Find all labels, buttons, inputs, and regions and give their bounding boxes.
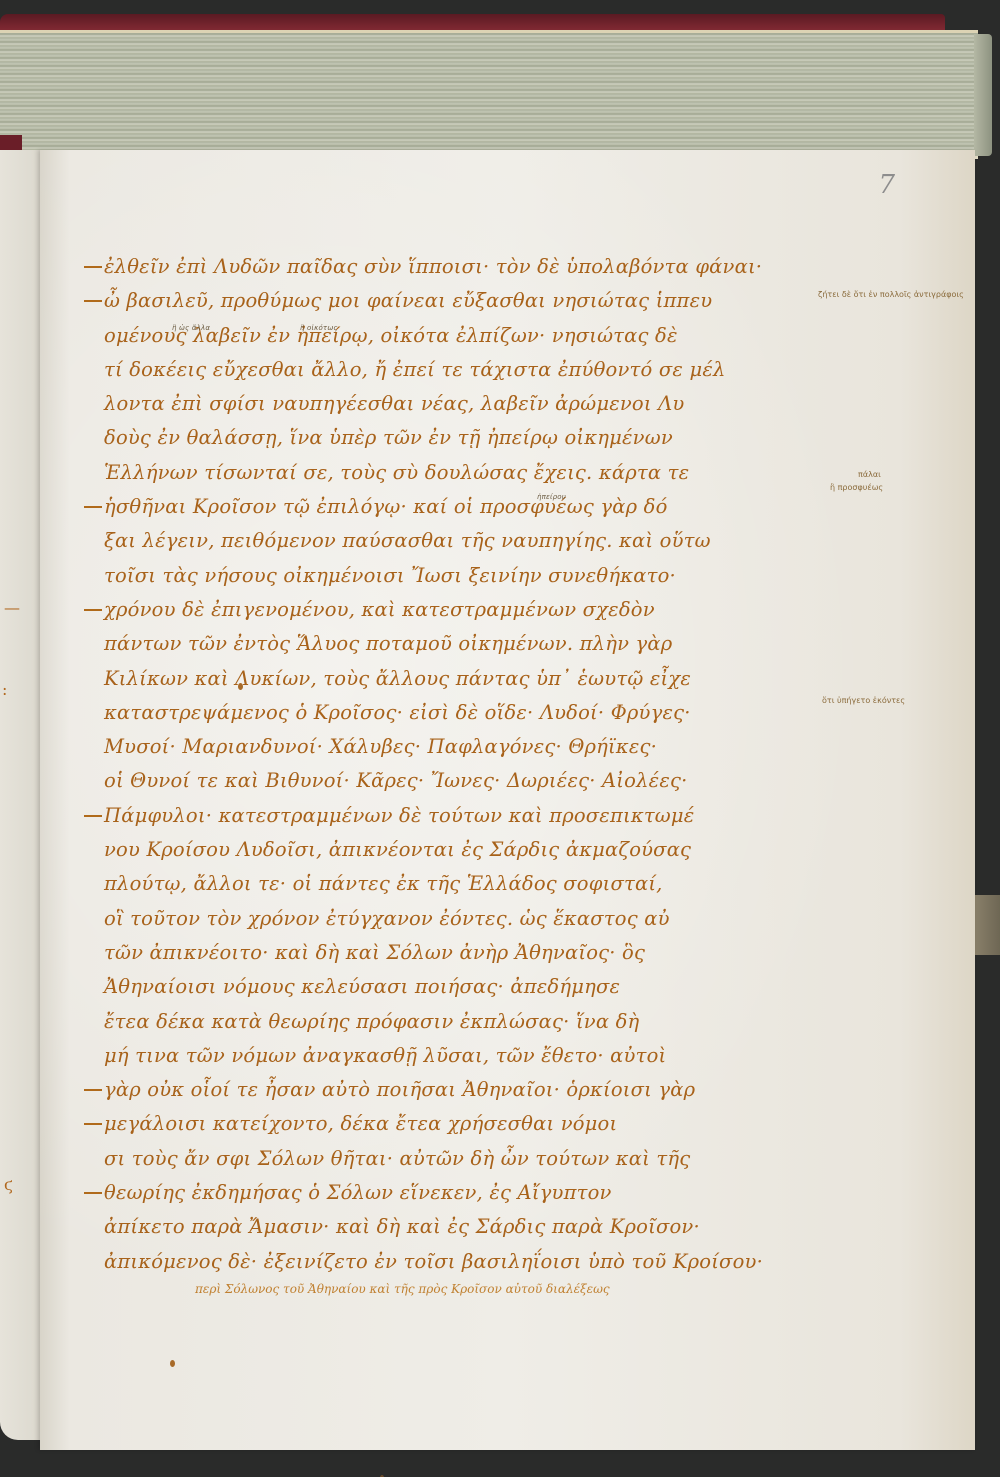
text-line: ὦ βασιλεῦ, προθύμως μοι φαίνεαι εὔξασθαι… bbox=[104, 284, 824, 318]
line-text: ἔτεα δέκα κατὰ θεωρίης πρόφασιν ἐκπλώσας… bbox=[104, 1010, 639, 1033]
line-text: οἱ Θυνοί τε καὶ Βιθυνοί· Κᾶρες· Ἴωνες· Δ… bbox=[104, 769, 688, 792]
paragraph-dash bbox=[84, 1123, 102, 1125]
margin-note: ἢ προσφυέως bbox=[830, 483, 883, 492]
margin-note: ὅτι ὑπήγετο ἑκόντες bbox=[822, 696, 905, 705]
text-line: τῶν ἀπικνέοιτο· καὶ δὴ καὶ Σόλων ἀνὴρ Ἀθ… bbox=[104, 936, 824, 970]
text-line: θεωρίης ἐκδημήσας ὁ Σόλων εἵνεκεν, ἐς Αἴ… bbox=[104, 1176, 824, 1210]
text-line: καταστρεψάμενος ὁ Κροῖσος· εἰσὶ δὲ οἵδε·… bbox=[104, 696, 824, 730]
line-text: ἀπίκετο παρὰ Ἄμασιν· καὶ δὴ καὶ ἐς Σάρδι… bbox=[104, 1215, 700, 1238]
page-block-top-edge bbox=[0, 30, 978, 159]
folio-number: 7 bbox=[878, 170, 895, 200]
line-text: λοντα ἐπὶ σφίσι ναυπηγέεσθαι νέας, λαβεῖ… bbox=[104, 392, 684, 415]
page-block-side bbox=[974, 34, 992, 156]
line-text: Κιλίκων καὶ Λυκίων, τοὺς ἄλλους πάντας ὑ… bbox=[104, 667, 691, 690]
line-text: γὰρ οὐκ οἷοί τε ἦσαν αὐτὸ ποιῆσαι Ἀθηναῖ… bbox=[104, 1078, 695, 1101]
line-text: τοῖσι τὰς νήσους οἰκημένοισι Ἴωσι ξεινίη… bbox=[104, 564, 676, 587]
text-line: νου Κροίσου Λυδοῖσι, ἀπικνέονται ἐς Σάρδ… bbox=[104, 833, 824, 867]
line-text: Πάμφυλοι· κατεστραμμένων δὲ τούτων καὶ π… bbox=[104, 804, 694, 827]
line-text: μεγάλοισι κατείχοντο, δέκα ἔτεα χρήσεσθα… bbox=[104, 1112, 617, 1135]
text-line: ομένους λαβεῖν ἐν ἠπείρῳ, οἰκότα ἐλπίζων… bbox=[104, 319, 824, 353]
text-line: οἱ Θυνοί τε καὶ Βιθυνοί· Κᾶρες· Ἴωνες· Δ… bbox=[104, 764, 824, 798]
interlinear-gloss: ἠπείρου bbox=[537, 480, 566, 514]
manuscript-page: 7 ἐλθεῖν ἐπὶ Λυδῶν παῖδας σὺν ἵπποισι· τ… bbox=[40, 150, 975, 1450]
paragraph-dash bbox=[84, 506, 102, 508]
text-line: σι τοὺς ἄν σφι Σόλων θῆται· αὐτῶν δὴ ὦν … bbox=[104, 1142, 824, 1176]
line-text: σι τοὺς ἄν σφι Σόλων θῆται· αὐτῶν δὴ ὦν … bbox=[104, 1147, 690, 1170]
line-text: χρόνου δὲ ἐπιγενομένου, καὶ κατεστραμμέν… bbox=[104, 598, 655, 621]
margin-note: πάλαι bbox=[858, 470, 881, 479]
text-line: δοὺς ἐν θαλάσσῃ, ἵνα ὑπὲρ τῶν ἐν τῇ ἠπεί… bbox=[104, 421, 824, 455]
line-text: θεωρίης ἐκδημήσας ὁ Σόλων εἵνεκεν, ἐς Αἴ… bbox=[104, 1181, 612, 1204]
previous-page-mark: — bbox=[4, 598, 20, 617]
paragraph-dash bbox=[84, 1192, 102, 1194]
line-text: τῶν ἀπικνέοιτο· καὶ δὴ καὶ Σόλων ἀνὴρ Ἀθ… bbox=[104, 941, 645, 964]
text-line: πλούτῳ, ἄλλοι τε· οἱ πάντες ἐκ τῆς Ἑλλάδ… bbox=[104, 867, 824, 901]
interlinear-gloss: ἢ οἰκότως bbox=[300, 311, 338, 345]
text-line: ἡσθῆναι Κροῖσον τῷ ἐπιλόγῳ· καί οἱ προσφ… bbox=[104, 490, 824, 524]
line-text: ἡσθῆναι Κροῖσον τῷ ἐπιλόγῳ· καί οἱ προσφ… bbox=[104, 495, 668, 518]
text-line: πάντων τῶν ἐντὸς Ἅλυος ποταμοῦ οἰκημένων… bbox=[104, 627, 824, 661]
text-line: ἀπικόμενος δὲ· ἐξεινίζετο ἐν τοῖσι βασιλ… bbox=[104, 1245, 824, 1279]
line-text: πάντων τῶν ἐντὸς Ἅλυος ποταμοῦ οἰκημένων… bbox=[104, 632, 672, 655]
line-text: ὦ βασιλεῦ, προθύμως μοι φαίνεαι εὔξασθαι… bbox=[104, 289, 712, 312]
text-line: ἔτεα δέκα κατὰ θεωρίης πρόφασιν ἐκπλώσας… bbox=[104, 1005, 824, 1039]
paragraph-dash bbox=[84, 815, 102, 817]
paragraph-dash bbox=[84, 609, 102, 611]
text-line: ἐλθεῖν ἐπὶ Λυδῶν παῖδας σὺν ἵπποισι· τὸν… bbox=[104, 250, 824, 284]
line-text: τί δοκέεις εὔχεσθαι ἄλλο, ἤ ἐπεί τε τάχι… bbox=[104, 358, 726, 381]
bookmark-tab bbox=[972, 895, 1000, 955]
line-text: καταστρεψάμενος ὁ Κροῖσος· εἰσὶ δὲ οἵδε·… bbox=[104, 701, 691, 724]
text-line: οἳ τοῦτον τὸν χρόνον ἐτύγχανον ἐόντες. ὡ… bbox=[104, 902, 824, 936]
previous-page-mark: ϛ bbox=[4, 1175, 13, 1194]
line-text: δοὺς ἐν θαλάσσῃ, ἵνα ὑπὲρ τῶν ἐν τῇ ἠπεί… bbox=[104, 426, 673, 449]
paragraph-dash bbox=[84, 1089, 102, 1091]
ink-spot bbox=[170, 1360, 175, 1367]
text-line: ξαι λέγειν, πειθόμενον παύσασθαι τῆς ναυ… bbox=[104, 524, 824, 558]
line-text: ξαι λέγειν, πειθόμενον παύσασθαι τῆς ναυ… bbox=[104, 529, 711, 552]
line-text: οἳ τοῦτον τὸν χρόνον ἐτύγχανον ἐόντες. ὡ… bbox=[104, 907, 670, 930]
text-line: Ἑλλήνων τίσωνταί σε, τοὺς σὺ δουλώσας ἔχ… bbox=[104, 456, 824, 490]
text-line: Μυσοί· Μαριανδυνοί· Χάλυβες· Παφλαγόνες·… bbox=[104, 730, 824, 764]
text-line: μή τινα τῶν νόμων ἀναγκασθῇ λῦσαι, τῶν ἔ… bbox=[104, 1039, 824, 1073]
text-line: τί δοκέεις εὔχεσθαι ἄλλο, ἤ ἐπεί τε τάχι… bbox=[104, 353, 824, 387]
text-line: μεγάλοισι κατείχοντο, δέκα ἔτεα χρήσεσθα… bbox=[104, 1107, 824, 1141]
previous-page-mark: : bbox=[2, 680, 7, 699]
interlinear-gloss: ἢ ὡς ἄλλα bbox=[172, 311, 210, 345]
line-text: Ἑλλήνων τίσωνταί σε, τοὺς σὺ δουλώσας ἔχ… bbox=[104, 461, 689, 484]
line-text: ἀπικόμενος δὲ· ἐξεινίζετο ἐν τοῖσι βασιλ… bbox=[104, 1250, 763, 1273]
line-text: πλούτῳ, ἄλλοι τε· οἱ πάντες ἐκ τῆς Ἑλλάδ… bbox=[104, 872, 663, 895]
margin-note: ζήτει δὲ ὅτι ἐν πολλοῖς ἀντιγράφοις bbox=[818, 290, 964, 299]
text-line: Κιλίκων καὶ Λυκίων, τοὺς ἄλλους πάντας ὑ… bbox=[104, 662, 824, 696]
rubric-heading: περὶ Σόλωνος τοῦ Ἀθηναίου καὶ τῆς πρὸς Κ… bbox=[195, 1282, 610, 1296]
text-line: λοντα ἐπὶ σφίσι ναυπηγέεσθαι νέας, λαβεῖ… bbox=[104, 387, 824, 421]
line-text: Μυσοί· Μαριανδυνοί· Χάλυβες· Παφλαγόνες·… bbox=[104, 735, 657, 758]
line-text: μή τινα τῶν νόμων ἀναγκασθῇ λῦσαι, τῶν ἔ… bbox=[104, 1044, 666, 1067]
main-text-block: ἐλθεῖν ἐπὶ Λυδῶν παῖδας σὺν ἵπποισι· τὸν… bbox=[104, 250, 824, 1279]
text-line: Ἀθηναίοισι νόμους κελεύσασι ποιήσας· ἀπε… bbox=[104, 970, 824, 1004]
line-text: νου Κροίσου Λυδοῖσι, ἀπικνέονται ἐς Σάρδ… bbox=[104, 838, 691, 861]
line-text: Ἀθηναίοισι νόμους κελεύσασι ποιήσας· ἀπε… bbox=[104, 975, 620, 998]
text-line: γὰρ οὐκ οἷοί τε ἦσαν αὐτὸ ποιῆσαι Ἀθηναῖ… bbox=[104, 1073, 824, 1107]
paragraph-dash bbox=[84, 300, 102, 302]
text-line: ἀπίκετο παρὰ Ἄμασιν· καὶ δὴ καὶ ἐς Σάρδι… bbox=[104, 1210, 824, 1244]
text-line: χρόνου δὲ ἐπιγενομένου, καὶ κατεστραμμέν… bbox=[104, 593, 824, 627]
manuscript-photo: — : ϛ 7 ἐλθεῖν ἐπὶ Λυδῶν παῖδας σὺν ἵππο… bbox=[0, 0, 1000, 1477]
text-line: τοῖσι τὰς νήσους οἰκημένοισι Ἴωσι ξεινίη… bbox=[104, 559, 824, 593]
line-text: ἐλθεῖν ἐπὶ Λυδῶν παῖδας σὺν ἵπποισι· τὸν… bbox=[104, 255, 762, 278]
paragraph-dash bbox=[84, 266, 102, 268]
text-line: Πάμφυλοι· κατεστραμμένων δὲ τούτων καὶ π… bbox=[104, 799, 824, 833]
